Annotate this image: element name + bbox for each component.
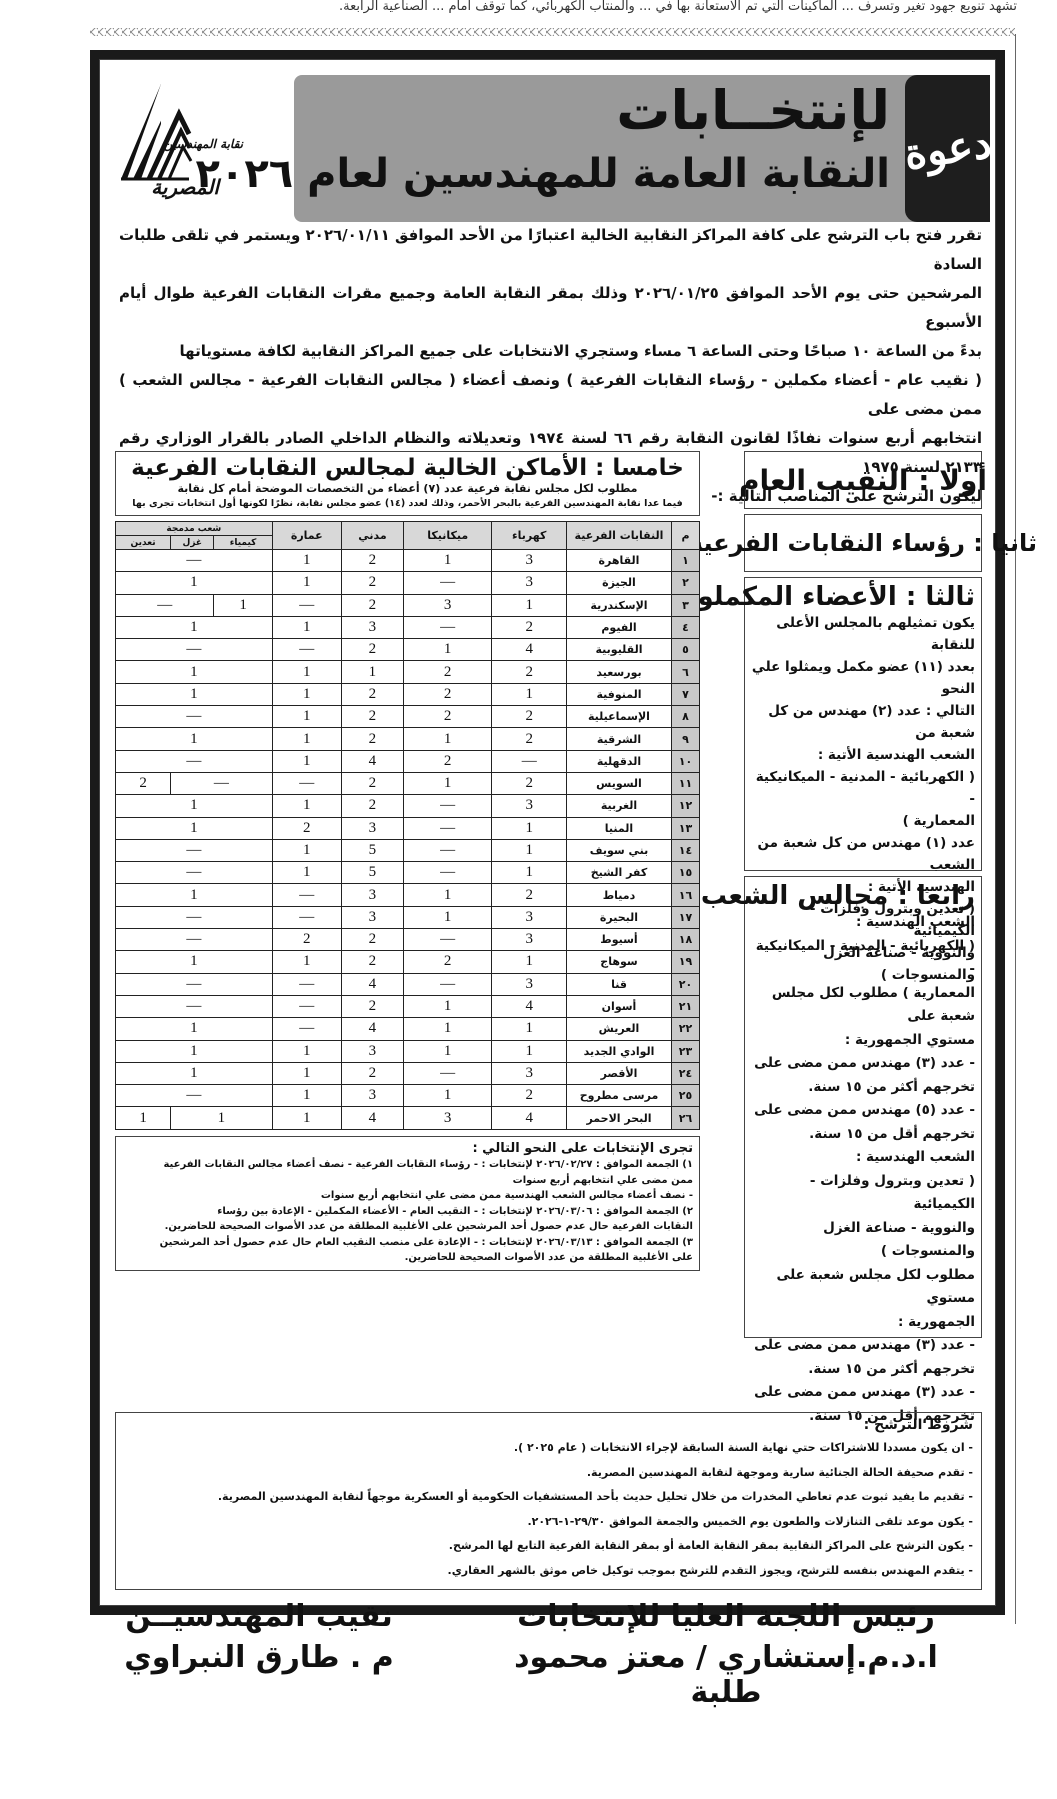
row-number: ١٧ xyxy=(672,906,700,928)
table-row: ٩الشرقية21211 xyxy=(116,728,700,750)
cell-merged: — xyxy=(116,550,273,572)
cell-architecture: 1 xyxy=(272,683,341,705)
cell-electrical: 3 xyxy=(492,1062,567,1084)
row-number: ٢٣ xyxy=(672,1040,700,1062)
branch-name: المنوفية xyxy=(567,683,672,705)
row-number: ١١ xyxy=(672,772,700,794)
announcement-frame: نقابة المهندسين المصرية دعوة لإنتخــابات… xyxy=(90,50,1005,1615)
title-line2: النقابة العامة للمهندسين لعام ٢٠٢٦ xyxy=(196,151,890,197)
row-number: ٢ xyxy=(672,572,700,594)
top-strip-text: تشهد تنويع جهود تغير وتسرف ... الماكينات… xyxy=(150,0,1017,18)
cell-architecture: 1 xyxy=(272,728,341,750)
cell-civil: 1 xyxy=(341,661,403,683)
table-row: ١٩سوهاج12211 xyxy=(116,951,700,973)
cell-civil: 2 xyxy=(341,1062,403,1084)
section-fifth-header: خامسا : الأماكن الخالية لمجالس النقابات … xyxy=(115,451,700,516)
condition-item: - يكون الترشح على المراكز النقابية بمقر … xyxy=(124,1534,973,1559)
row-number: ٢٤ xyxy=(672,1062,700,1084)
row-number: ٢٦ xyxy=(672,1107,700,1129)
fourth-line: مطلوب لكل مجلس شعبة على مستوي xyxy=(751,1264,975,1311)
fourth-line: - عدد (٣) مهندس ممن مضى على xyxy=(751,1334,975,1358)
row-number: ١٤ xyxy=(672,839,700,861)
cell-electrical: 1 xyxy=(492,951,567,973)
cell-civil: 3 xyxy=(341,817,403,839)
branch-name: سوهاج xyxy=(567,951,672,973)
table-row: ٢٠قنا3—4—— xyxy=(116,973,700,995)
cell-merged: — xyxy=(116,839,273,861)
cell-architecture: 1 xyxy=(272,750,341,772)
cell-merged: 1 xyxy=(116,728,273,750)
row-number: ٢٢ xyxy=(672,1018,700,1040)
section-second: ثانيا : رؤساء النقابات الفرعية xyxy=(744,514,982,572)
cell-architecture: 1 xyxy=(272,839,341,861)
table-row: ٣الإسكندرية132—1— xyxy=(116,594,700,616)
cell-mechanical: — xyxy=(403,862,491,884)
table-row: ٢٣الوادي الجديد11311 xyxy=(116,1040,700,1062)
fourth-line: مستوي الجمهورية : xyxy=(751,1029,975,1053)
cell-civil: 4 xyxy=(341,1018,403,1040)
intro-line: تقرر فتح باب الترشح على كافة المراكز الن… xyxy=(119,221,982,279)
cell-merged: 1 xyxy=(116,1040,273,1062)
cell-electrical: 1 xyxy=(492,683,567,705)
col-chemistry: كيمياء xyxy=(214,536,272,550)
table-row: ٤الفيوم2—311 xyxy=(116,616,700,638)
cell-architecture: 1 xyxy=(272,616,341,638)
cell-civil: 3 xyxy=(341,616,403,638)
table-row: ٥القليوبية412—— xyxy=(116,639,700,661)
cell-electrical: 2 xyxy=(492,728,567,750)
table-row: ١٦دمياط213—1 xyxy=(116,884,700,906)
cell-civil: 4 xyxy=(341,1107,403,1129)
cell-merged: — xyxy=(116,995,273,1017)
cell-merged: 1 xyxy=(116,616,273,638)
row-number: ٥ xyxy=(672,639,700,661)
cell-mechanical: 2 xyxy=(403,750,491,772)
cell-architecture: — xyxy=(272,1018,341,1040)
row-number: ٨ xyxy=(672,706,700,728)
cell-civil: 2 xyxy=(341,683,403,705)
cell-merged: — xyxy=(116,929,273,951)
cell-merged: — xyxy=(116,973,273,995)
section-fifth-title: خامسا : الأماكن الخالية لمجالس النقابات … xyxy=(122,455,693,481)
cell-electrical: 1 xyxy=(492,862,567,884)
conditions-list: - ان يكون مسددا للاشتراكات حتي نهاية الس… xyxy=(124,1436,973,1583)
cell-mechanical: 1 xyxy=(403,550,491,572)
intro-line: المرشحين حتى يوم الأحد الموافق ٢٠٢٦/٠١/٢… xyxy=(119,279,982,337)
cell-mechanical: 1 xyxy=(403,728,491,750)
cell-electrical: 3 xyxy=(492,929,567,951)
fourth-line: الشعب الهندسية : xyxy=(751,1146,975,1170)
branch-name: القاهرة xyxy=(567,550,672,572)
cell-architecture: 2 xyxy=(272,817,341,839)
schedule-title: تجرى الإنتخابات على النحو التالي : xyxy=(122,1141,693,1157)
cell-merged: 1 xyxy=(116,572,273,594)
cell-civil: 2 xyxy=(341,594,403,616)
cell-chemistry-textile: 1 xyxy=(171,1107,273,1129)
branch-name: البحر الاحمر xyxy=(567,1107,672,1129)
side-rule xyxy=(1015,34,1016,1624)
cell-electrical: 3 xyxy=(492,906,567,928)
table-row: ١٧البحيرة313—— xyxy=(116,906,700,928)
col-electrical: كهرباء xyxy=(492,522,567,550)
col-textile: غزل xyxy=(171,536,214,550)
cell-merged: — xyxy=(116,639,273,661)
branch-name: البحيرة xyxy=(567,906,672,928)
row-number: ٣ xyxy=(672,594,700,616)
cell-electrical: 2 xyxy=(492,706,567,728)
cell-architecture: 1 xyxy=(272,706,341,728)
cell-merged: 1 xyxy=(116,817,273,839)
branch-name: الغربية xyxy=(567,795,672,817)
condition-item: - تقديم ما يفيد ثبوت عدم تعاطي المخدرات … xyxy=(124,1485,973,1510)
cell-mechanical: — xyxy=(403,929,491,951)
cell-mechanical: — xyxy=(403,1062,491,1084)
vacancies-table-body: ١القاهرة3121—٢الجيزة3—211٣الإسكندرية132—… xyxy=(116,550,700,1130)
section-third: ثالثا : الأعضاء المكملون يكون تمثيلهم با… xyxy=(744,577,982,871)
row-number: ١٩ xyxy=(672,951,700,973)
cell-architecture: 1 xyxy=(272,1085,341,1107)
cell-civil: 2 xyxy=(341,929,403,951)
cell-merged: 1 xyxy=(116,795,273,817)
cell-electrical: 1 xyxy=(492,1018,567,1040)
cell-mechanical: 2 xyxy=(403,683,491,705)
cell-mechanical: 1 xyxy=(403,906,491,928)
section-fourth-title: رابعا : مجالس الشعب xyxy=(751,881,975,911)
section-first-title: أولا : النقيب العام xyxy=(739,464,987,497)
table-row: ٢٢العريش114—1 xyxy=(116,1018,700,1040)
section-fourth: رابعا : مجالس الشعب الشعب الهندسية : ( ا… xyxy=(744,876,982,1338)
cell-civil: 2 xyxy=(341,772,403,794)
cell-electrical: 3 xyxy=(492,795,567,817)
cell-mechanical: 1 xyxy=(403,1018,491,1040)
fourth-line: ( تعدين وبترول وفلزات - الكيميائية xyxy=(751,1170,975,1217)
branch-name: الجيزة xyxy=(567,572,672,594)
fourth-line: الشعب الهندسية : xyxy=(751,911,975,935)
cell-civil: 2 xyxy=(341,572,403,594)
cell-mechanical: 2 xyxy=(403,706,491,728)
cell-civil: 2 xyxy=(341,639,403,661)
cell-mechanical: — xyxy=(403,572,491,594)
cell-civil: 3 xyxy=(341,1040,403,1062)
header: نقابة المهندسين المصرية دعوة لإنتخــابات… xyxy=(99,67,996,215)
cell-merged: — xyxy=(116,1085,273,1107)
cell-mechanical: 3 xyxy=(403,1107,491,1129)
cell-merged: — xyxy=(116,906,273,928)
cell-merged: — xyxy=(116,862,273,884)
col-merged: شعب مدمجة xyxy=(116,522,273,536)
third-line: ( الكهربائية - المدنية - الميكانيكية - xyxy=(751,766,975,810)
cell-electrical: 2 xyxy=(492,1085,567,1107)
cell-electrical: 2 xyxy=(492,884,567,906)
cell-electrical: 1 xyxy=(492,817,567,839)
table-row: ١القاهرة3121— xyxy=(116,550,700,572)
fourth-line: - عدد (٣) مهندس ممن مضى على xyxy=(751,1052,975,1076)
president-signature: نقيب المهندسيــن م . طارق النبراوي xyxy=(119,1599,399,1675)
cell-merged: — xyxy=(116,750,273,772)
fourth-line: المعمارية ) مطلوب لكل مجلس شعبة على xyxy=(751,982,975,1029)
branch-name: دمياط xyxy=(567,884,672,906)
branch-name: الشرقية xyxy=(567,728,672,750)
cell-electrical: 1 xyxy=(492,1040,567,1062)
cell-chemistry: 1 xyxy=(214,594,272,616)
title-banner: دعوة لإنتخــابات النقابة العامة للمهندسي… xyxy=(294,75,990,222)
cell-mechanical: — xyxy=(403,839,491,861)
cell-mechanical: 1 xyxy=(403,884,491,906)
branch-name: الدقهلية xyxy=(567,750,672,772)
condition-item: - تقدم صحيفة الحالة الجنائية سارية وموجه… xyxy=(124,1461,973,1486)
president-role: نقيب المهندسيــن xyxy=(119,1599,399,1634)
branch-name: كفر الشيخ xyxy=(567,862,672,884)
row-number: ١٠ xyxy=(672,750,700,772)
vacancies-column: خامسا : الأماكن الخالية لمجالس النقابات … xyxy=(115,451,700,1271)
third-line: المعمارية ) xyxy=(751,810,975,832)
cell-mechanical: — xyxy=(403,973,491,995)
election-schedule: تجرى الإنتخابات على النحو التالي : ١) ال… xyxy=(115,1136,700,1271)
section-first: أولا : النقيب العام xyxy=(744,451,982,509)
cell-architecture: 1 xyxy=(272,862,341,884)
fourth-line: تخرجهم أكثر من ١٥ سنة. xyxy=(751,1358,975,1382)
schedule-line: النقابات الفرعية حال عدم حصول أحد المرشح… xyxy=(122,1219,693,1235)
row-number: ١ xyxy=(672,550,700,572)
fourth-line: تخرجهم أقل من ١٥ سنة. xyxy=(751,1123,975,1147)
row-number: ١٦ xyxy=(672,884,700,906)
cell-mechanical: 1 xyxy=(403,772,491,794)
condition-item: - يكون موعد تلقى التنازلات والطعون يوم ا… xyxy=(124,1510,973,1535)
cell-architecture: — xyxy=(272,884,341,906)
branch-name: بورسعيد xyxy=(567,661,672,683)
table-row: ١٨أسيوط3—22— xyxy=(116,929,700,951)
cell-architecture: 1 xyxy=(272,795,341,817)
branch-name: قنا xyxy=(567,973,672,995)
table-row: ١٥كفر الشيخ1—51— xyxy=(116,862,700,884)
cell-electrical: 4 xyxy=(492,1107,567,1129)
cell-merged: 1 xyxy=(116,1018,273,1040)
row-number: ٤ xyxy=(672,616,700,638)
cell-architecture: — xyxy=(272,594,341,616)
cell-mechanical: 1 xyxy=(403,1085,491,1107)
fourth-line: والنووية - صناعة الغزل والمنسوجات ) xyxy=(751,1217,975,1264)
schedule-line: ممن مضى علي انتخابهم أربع سنوات xyxy=(122,1173,693,1189)
cell-merged: 1 xyxy=(116,951,273,973)
cell-merged: 1 xyxy=(116,661,273,683)
cell-mechanical: — xyxy=(403,795,491,817)
cell-civil: 3 xyxy=(341,906,403,928)
table-row: ٢٦البحر الاحمر434111 xyxy=(116,1107,700,1129)
cell-mining: 2 xyxy=(116,772,171,794)
section-fifth-subtitle: مطلوب لكل مجلس نقابة فرعية عدد (٧) أعضاء… xyxy=(122,481,693,497)
table-row: ٢٥مرسى مطروح2131— xyxy=(116,1085,700,1107)
third-line: يكون تمثيلهم بالمجلس الأعلى للنقابة xyxy=(751,612,975,656)
cell-architecture: 1 xyxy=(272,951,341,973)
section-second-title: ثانيا : رؤساء النقابات الفرعية xyxy=(689,529,1037,557)
cell-electrical: — xyxy=(492,750,567,772)
cell-mechanical: 1 xyxy=(403,1040,491,1062)
schedule-line: - نصف أعضاء مجالس الشعب الهندسية ممن مضى… xyxy=(122,1188,693,1204)
cell-civil: 4 xyxy=(341,750,403,772)
cell-electrical: 2 xyxy=(492,616,567,638)
signatures: رئيس اللجنة العليا للإنتخابات ا.د.م.إستش… xyxy=(119,1599,976,1709)
conditions-title: شروط الترشح : xyxy=(124,1417,973,1433)
cell-textile-mining: — xyxy=(116,594,214,616)
cell-electrical: 1 xyxy=(492,594,567,616)
table-row: ٢١أسوان412—— xyxy=(116,995,700,1017)
cell-civil: 3 xyxy=(341,1085,403,1107)
invitation-word: دعوة xyxy=(901,118,994,179)
table-row: ٢الجيزة3—211 xyxy=(116,572,700,594)
cell-electrical: 3 xyxy=(492,973,567,995)
cell-civil: 2 xyxy=(341,706,403,728)
schedule-line: على الأغلبية المطلقة من عدد الأصوات الصح… xyxy=(122,1250,693,1266)
fourth-line: تخرجهم أكثر من ١٥ سنة. xyxy=(751,1076,975,1100)
invitation-badge: دعوة xyxy=(905,75,990,222)
cell-civil: 3 xyxy=(341,884,403,906)
cell-merged: 1 xyxy=(116,1062,273,1084)
cell-civil: 2 xyxy=(341,550,403,572)
condition-item: - ان يكون مسددا للاشتراكات حتي نهاية الس… xyxy=(124,1436,973,1461)
positions-column: أولا : النقيب العام ثانيا : رؤساء النقاب… xyxy=(744,451,982,1343)
wavy-divider xyxy=(90,28,1015,36)
fourth-line: - عدد (٥) مهندس ممن مضى على xyxy=(751,1099,975,1123)
cell-electrical: 3 xyxy=(492,550,567,572)
schedule-line: ٢) الجمعة الموافق : ٢٠٢٦/٠٣/٠٦ لإنتخابات… xyxy=(122,1204,693,1220)
col-branch: النقابات الفرعية xyxy=(567,522,672,550)
cell-architecture: — xyxy=(272,906,341,928)
table-row: ١١السويس212——2 xyxy=(116,772,700,794)
cell-architecture: — xyxy=(272,772,341,794)
cell-civil: 2 xyxy=(341,728,403,750)
third-line: الشعب الهندسية الأتية : xyxy=(751,744,975,766)
branch-name: العريش xyxy=(567,1018,672,1040)
section-third-title: ثالثا : الأعضاء المكملون xyxy=(751,582,975,612)
cell-mechanical: 1 xyxy=(403,995,491,1017)
branch-name: الإسكندرية xyxy=(567,594,672,616)
third-line: التالي : عدد (٢) مهندس من كل شعبة من xyxy=(751,700,975,744)
fourth-line: الجمهورية : xyxy=(751,1311,975,1335)
branch-name: الفيوم xyxy=(567,616,672,638)
table-row: ٧المنوفية12211 xyxy=(116,683,700,705)
branch-name: الأقصر xyxy=(567,1062,672,1084)
table-row: ٢٤الأقصر3—211 xyxy=(116,1062,700,1084)
committee-signature: رئيس اللجنة العليا للإنتخابات ا.د.م.إستش… xyxy=(486,1599,966,1710)
cell-chemistry-textile: — xyxy=(171,772,273,794)
cell-mining: 1 xyxy=(116,1107,171,1129)
cell-electrical: 2 xyxy=(492,661,567,683)
branch-name: مرسى مطروح xyxy=(567,1085,672,1107)
cell-mechanical: — xyxy=(403,616,491,638)
table-row: ١٤بني سويف1—51— xyxy=(116,839,700,861)
candidacy-conditions: شروط الترشح : - ان يكون مسددا للاشتراكات… xyxy=(115,1412,982,1590)
branch-name: الإسماعيلية xyxy=(567,706,672,728)
cell-architecture: — xyxy=(272,639,341,661)
row-number: ٢١ xyxy=(672,995,700,1017)
row-number: ٢٠ xyxy=(672,973,700,995)
third-line: بعدد (١١) عضو مكمل ويمثلوا علي النحو xyxy=(751,656,975,700)
cell-architecture: 1 xyxy=(272,1040,341,1062)
cell-architecture: 1 xyxy=(272,1062,341,1084)
cell-mechanical: 2 xyxy=(403,661,491,683)
cell-merged: 1 xyxy=(116,884,273,906)
row-number: ١٥ xyxy=(672,862,700,884)
cell-merged: — xyxy=(116,706,273,728)
row-number: ٢٥ xyxy=(672,1085,700,1107)
cell-civil: 5 xyxy=(341,839,403,861)
row-number: ٧ xyxy=(672,683,700,705)
section-fifth-note: فيما عدا نقابة المهندسين الفرعية بالبحر … xyxy=(122,497,693,511)
row-number: ١٨ xyxy=(672,929,700,951)
cell-architecture: 1 xyxy=(272,572,341,594)
branch-name: السويس xyxy=(567,772,672,794)
cell-civil: 4 xyxy=(341,973,403,995)
cell-electrical: 4 xyxy=(492,639,567,661)
table-row: ٨الإسماعيلية2221— xyxy=(116,706,700,728)
row-number: ٩ xyxy=(672,728,700,750)
cell-electrical: 4 xyxy=(492,995,567,1017)
branch-name: القليوبية xyxy=(567,639,672,661)
row-number: ١٢ xyxy=(672,795,700,817)
president-name: م . طارق النبراوي xyxy=(119,1640,399,1675)
branch-name: أسوان xyxy=(567,995,672,1017)
cell-civil: 2 xyxy=(341,951,403,973)
cell-architecture: — xyxy=(272,973,341,995)
cell-mechanical: — xyxy=(403,817,491,839)
table-row: ١٣المنيا1—321 xyxy=(116,817,700,839)
col-mechanical: ميكانيكا xyxy=(403,522,491,550)
cell-mechanical: 2 xyxy=(403,951,491,973)
table-row: ١٠الدقهلية—241— xyxy=(116,750,700,772)
intro-line: ( نقيب عام - أعضاء مكملين - رؤساء النقاب… xyxy=(119,366,982,424)
cell-civil: 2 xyxy=(341,795,403,817)
schedule-line: ١) الجمعة الموافق : ٢٠٢٦/٠٢/٢٧ لإنتخابات… xyxy=(122,1157,693,1173)
cell-electrical: 3 xyxy=(492,572,567,594)
cell-civil: 5 xyxy=(341,862,403,884)
table-row: ١٢الغربية3—211 xyxy=(116,795,700,817)
cell-electrical: 2 xyxy=(492,772,567,794)
cell-civil: 2 xyxy=(341,995,403,1017)
title-line1: لإنتخــابات xyxy=(616,79,890,142)
col-architecture: عمارة xyxy=(272,522,341,550)
cell-architecture: 1 xyxy=(272,550,341,572)
third-line: عدد (١) مهندس من كل شعبة من الشعب xyxy=(751,832,975,876)
cell-architecture: — xyxy=(272,995,341,1017)
section-fourth-body: الشعب الهندسية : ( الكهربائية - المدنية … xyxy=(751,911,975,1428)
schedule-line: ٣) الجمعة الموافق : ٢٠٢٦/٠٣/١٣ لإنتخابات… xyxy=(122,1235,693,1251)
vacancies-table: م النقابات الفرعية كهرباء ميكانيكا مدني … xyxy=(115,521,700,1130)
cell-mechanical: 3 xyxy=(403,594,491,616)
cell-architecture: 2 xyxy=(272,929,341,951)
branch-name: بني سويف xyxy=(567,839,672,861)
cell-mechanical: 1 xyxy=(403,639,491,661)
cell-merged: 1 xyxy=(116,683,273,705)
committee-name: ا.د.م.إستشاري / معتز محمود طلبة xyxy=(486,1640,966,1710)
committee-role: رئيس اللجنة العليا للإنتخابات xyxy=(486,1599,966,1634)
cell-architecture: 1 xyxy=(272,1107,341,1129)
col-civil: مدني xyxy=(341,522,403,550)
col-mining: تعدين xyxy=(116,536,171,550)
col-num: م xyxy=(672,522,700,550)
table-row: ٦بورسعيد22111 xyxy=(116,661,700,683)
logo-line1: نقابة المهندسين xyxy=(164,137,243,151)
cell-electrical: 1 xyxy=(492,839,567,861)
row-number: ١٣ xyxy=(672,817,700,839)
fourth-line: - عدد (٣) مهندس ممن مضى على xyxy=(751,1381,975,1405)
cell-architecture: 1 xyxy=(272,661,341,683)
condition-item: - يتقدم المهندس بنفسه للترشح، ويجوز التق… xyxy=(124,1559,973,1584)
intro-line: بدءً من الساعة ١٠ صباحًا وحتى الساعة ٦ م… xyxy=(119,337,982,366)
row-number: ٦ xyxy=(672,661,700,683)
branch-name: المنيا xyxy=(567,817,672,839)
branch-name: أسيوط xyxy=(567,929,672,951)
branch-name: الوادي الجديد xyxy=(567,1040,672,1062)
